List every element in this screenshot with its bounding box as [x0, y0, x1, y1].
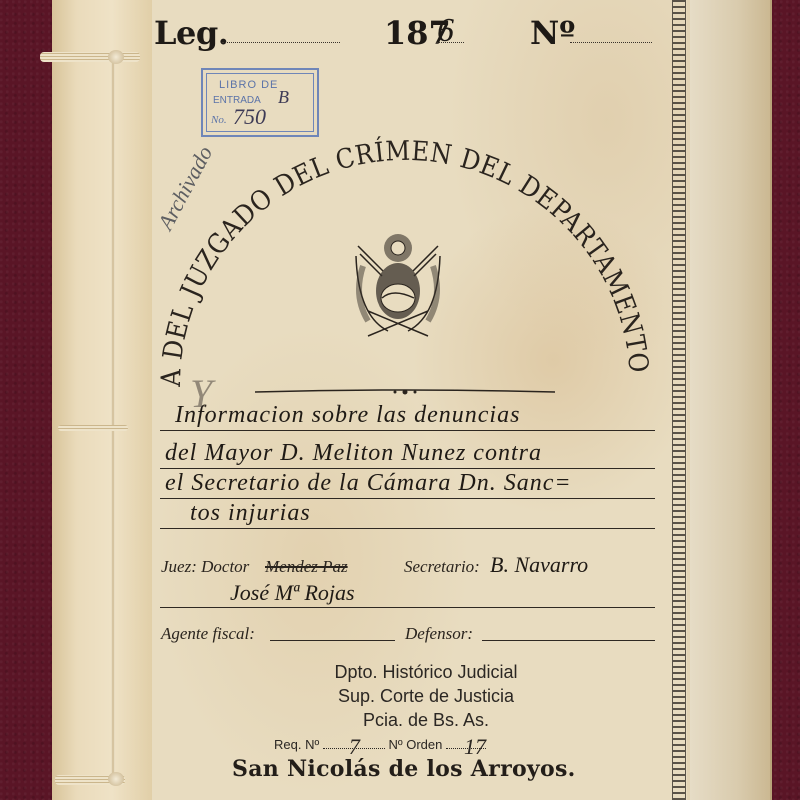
secretary-label: Secretario: [404, 557, 480, 577]
ornamental-rule [255, 388, 555, 396]
prosecutor-field [270, 640, 395, 641]
number-label: Nº [530, 14, 575, 52]
binding-knot-bottom [108, 772, 124, 786]
subject-text-line-4: tos injurias [190, 500, 311, 527]
judge-label: Juez: Doctor [161, 557, 249, 577]
binding-spine [52, 0, 153, 800]
subject-line-2 [160, 468, 655, 469]
archive-line-3: Pcia. de Bs. As. [276, 708, 576, 732]
number-field [570, 42, 652, 43]
order-label: Nº Orden [388, 737, 442, 752]
archive-line-2: Sup. Corte de Justicia [276, 684, 576, 708]
decorative-border [672, 0, 686, 800]
secretary-name: B. Navarro [490, 552, 588, 578]
year-handwritten: 6 [437, 12, 454, 50]
binding-tie-middle [58, 425, 128, 431]
prosecutor-label: Agente fiscal: [161, 624, 255, 644]
judge-line [160, 607, 655, 608]
back-sheets [690, 0, 772, 800]
defender-field [482, 640, 655, 641]
city-footer: San Nicolás de los Arroyos. [232, 756, 576, 782]
judge-struck-name: Mendez Paz [265, 557, 348, 577]
order-field: 17 [446, 748, 486, 749]
binding-tie-top [40, 52, 140, 62]
subject-text-line-1: Informacion sobre las denuncias [175, 402, 520, 429]
subject-line-3 [160, 498, 655, 499]
subject-text-line-3: el Secretario de la Cámara Dn. Sanc= [165, 470, 572, 497]
req-label: Req. Nº [274, 737, 319, 752]
subject-line-1 [160, 430, 655, 431]
leg-label: Leg. [154, 14, 228, 52]
defender-label: Defensor: [405, 624, 473, 644]
year-field [436, 42, 464, 43]
archive-line-1: Dpto. Histórico Judicial [276, 660, 576, 684]
archive-stamp: Dpto. Histórico Judicial Sup. Corte de J… [276, 660, 576, 732]
subject-text-line-2: del Mayor D. Meliton Nunez contra [165, 440, 542, 467]
stamp-line-1: LIBRO DE [219, 79, 278, 91]
binding-thread [111, 60, 115, 780]
file-header: Leg. 187 6 Nº [154, 14, 654, 54]
binding-knot-top [108, 50, 124, 64]
coat-of-arms-icon [348, 226, 448, 346]
judge-name: José Mª Rojas [230, 580, 355, 606]
subject-line-4 [160, 528, 655, 529]
leg-field [222, 42, 340, 43]
archive-reference-row: Req. Nº 7 Nº Orden 17 [274, 737, 486, 752]
req-field: 7 [323, 748, 385, 749]
